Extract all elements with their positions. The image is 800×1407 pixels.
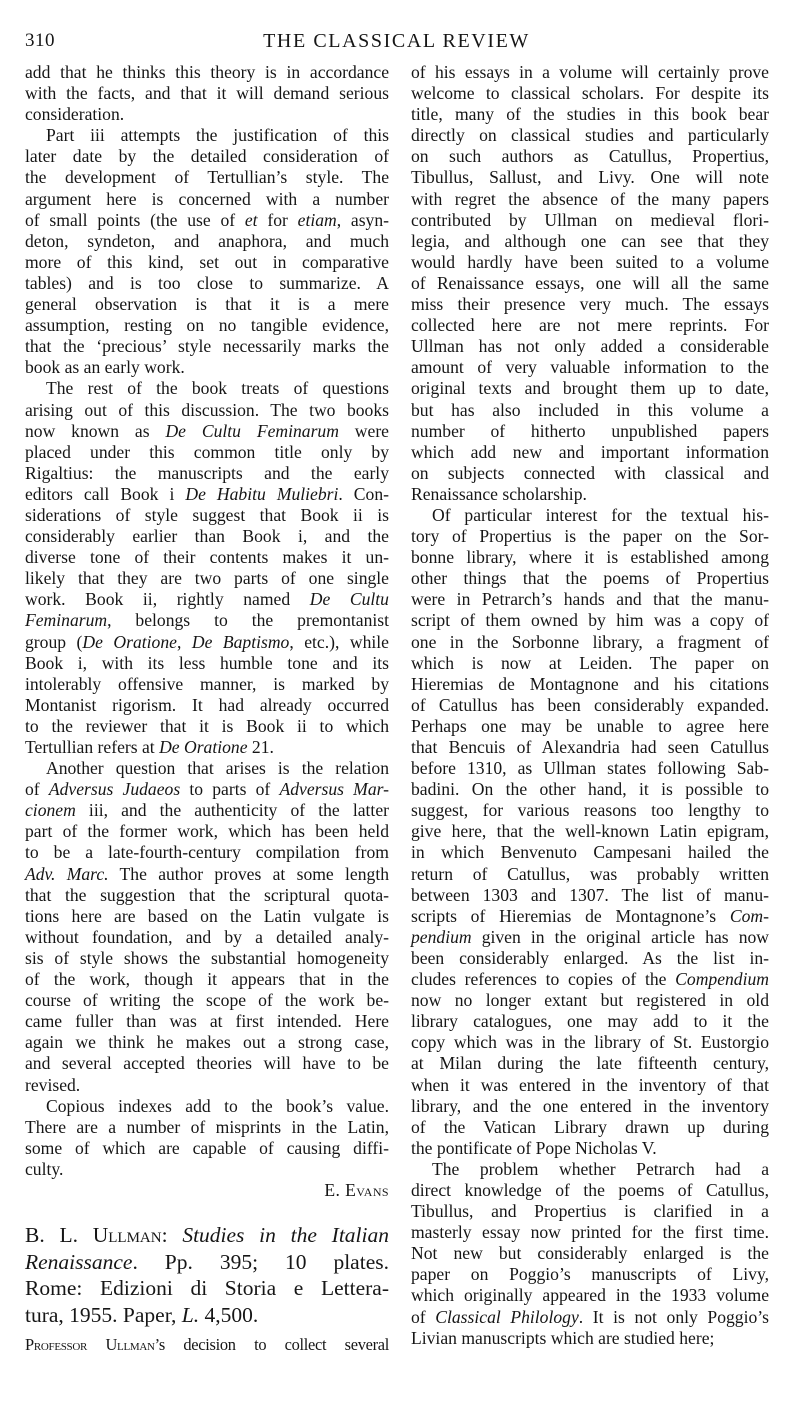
text-line: with the facts, and that it will demand … — [25, 83, 389, 104]
text-line: argument here is concerned with a number — [25, 189, 389, 210]
text-line-with-italics: of Adversus Judaeos to parts of Adversus… — [25, 779, 389, 800]
text-line: Not new but considerably enlarged is the — [411, 1243, 769, 1264]
text-line: deton, syndeton, and anaphora, and much — [25, 231, 389, 252]
text-line: been considerably enlarged. As the list … — [411, 948, 769, 969]
paragraph-start-line: The rest of the book treats of questions — [25, 378, 389, 399]
book-price: 4,500. — [205, 1303, 259, 1327]
book-title: Studies in the Italian — [182, 1223, 389, 1247]
text-line: arising out of this discussion. The two … — [25, 400, 389, 421]
text-line-with-italics: cionem iii, and the authenticity of the … — [25, 800, 389, 821]
text-line: book as an early work. — [25, 357, 389, 378]
text-line: title, many of the studies in this book … — [411, 104, 769, 125]
text-line-with-italics: Tertullian refers at De Oratione 21. — [25, 737, 389, 758]
text-line-with-italics: Feminarum, belongs to the premontanist — [25, 610, 389, 631]
text-line: welcome to classical scholars. For despi… — [411, 83, 769, 104]
text-line: between 1303 and 1307. The list of manu- — [411, 885, 769, 906]
text-line: other things that the poems of Propertiu… — [411, 568, 769, 589]
text-line: but has also included in this volume a — [411, 400, 769, 421]
right-column: of his essays in a volume will certainly… — [411, 62, 769, 1349]
text-line: of the work, though it appears that in t… — [25, 969, 389, 990]
text-line: again we think he makes out a strong cas… — [25, 1032, 389, 1053]
text-line-with-italics: work. Book ii, rightly named De Cultu — [25, 589, 389, 610]
book-title: Renaissance — [25, 1250, 132, 1274]
book-heading-line: B. L. Ullman: Studies in the Italian — [25, 1222, 389, 1249]
italic-title: De Baptismo — [192, 632, 289, 652]
italic-title: De Cultu — [310, 589, 389, 609]
text-line: amount of very valuable information to t… — [411, 357, 769, 378]
text-line: placed under this common title only by — [25, 442, 389, 463]
text-line: that the ‘precious’ style necessarily ma… — [25, 336, 389, 357]
text-line: legia, and although one can see that the… — [411, 231, 769, 252]
text-line: paper on Poggio’s manuscripts of Livy, — [411, 1264, 769, 1285]
text-line: direct knowledge of the poems of Catullu… — [411, 1180, 769, 1201]
text-line: which originally appeared in the 1933 vo… — [411, 1285, 769, 1306]
text-line: that Bencuis of Alexandria had seen Catu… — [411, 737, 769, 758]
italic-title: De Cultu Feminarum — [165, 421, 338, 441]
text-line-with-italics: scripts of Hieremias de Montagnone’s Com… — [411, 906, 769, 927]
text-line: tables) and is too close to summarize. A — [25, 273, 389, 294]
text-line: contributed by Ullman on medieval flori- — [411, 210, 769, 231]
text-line: of Catullus has been considerably expand… — [411, 695, 769, 716]
text-line: There are a number of misprints in the L… — [25, 1117, 389, 1138]
running-title: THE CLASSICAL REVIEW — [25, 30, 768, 53]
text-line: with regret the absence of the many pape… — [411, 189, 769, 210]
text-line: assumption, resting on no tangible evide… — [25, 315, 389, 336]
italic-title: Compendium — [675, 969, 769, 989]
text-line: on subjects connected with classical and — [411, 463, 769, 484]
currency: L. — [182, 1303, 199, 1327]
text-line: part of the former work, which has been … — [25, 821, 389, 842]
reviewer-signature: E. Evans — [25, 1180, 389, 1201]
text-line: directly on classical studies and partic… — [411, 125, 769, 146]
text-line: culty. — [25, 1159, 389, 1180]
text-line: siderations of style suggest that Book i… — [25, 505, 389, 526]
section-gap — [25, 1201, 389, 1222]
italic-title: Adv. Marc. — [25, 864, 109, 884]
text-line: would hardly have been suited to a volum… — [411, 252, 769, 273]
text-line: Montanist rigorism. It had already occur… — [25, 695, 389, 716]
text-line: sis of style shows the substantial homog… — [25, 948, 389, 969]
text-line: consideration. — [25, 104, 389, 125]
text-line: more of this kind, set out in comparativ… — [25, 252, 389, 273]
book-details: Pp. 395; 10 plates. — [165, 1250, 389, 1274]
text-line: Tibullus, Sallust, and Livy. One will no… — [411, 167, 769, 188]
text-line: of Renaissance essays, one will all the … — [411, 273, 769, 294]
text-line: bonne library, where it is established a… — [411, 547, 769, 568]
text-line: library, and the one entered in the inve… — [411, 1096, 769, 1117]
italic-title: De Habitu Muliebri — [185, 484, 338, 504]
text-line: revised. — [25, 1075, 389, 1096]
text-line: Book i, with its less humble tone and it… — [25, 653, 389, 674]
italic-title: Com- — [730, 906, 769, 926]
text-line: miss their presence very much. The essay… — [411, 294, 769, 315]
text-line: Rigaltius: the manuscripts and the early — [25, 463, 389, 484]
text-line: that the suggestion that the scriptural … — [25, 885, 389, 906]
text-line: suggest, for various reasons too lengthy… — [411, 800, 769, 821]
text-line: which add new and important information — [411, 442, 769, 463]
text-line: and several accepted theories will have … — [25, 1053, 389, 1074]
text-line: were in Petrarch’s hands and that the ma… — [411, 589, 769, 610]
italic-title: Classical Philology — [435, 1307, 579, 1327]
text-line: in which Benvenuto Campesani hailed the — [411, 842, 769, 863]
text-line: masterly essay now printed for the first… — [411, 1222, 769, 1243]
text-line: script of them owned by him was a copy o… — [411, 610, 769, 631]
text-line: Hieremias de Montagnone and his citation… — [411, 674, 769, 695]
text-line: badini. On the other hand, it is possibl… — [411, 779, 769, 800]
italic-title: Adversus Mar- — [279, 779, 389, 799]
text-line: add that he thinks this theory is in acc… — [25, 62, 389, 83]
text-line: of his essays in a volume will certainly… — [411, 62, 769, 83]
text-line: before 1310, as Ullman states following … — [411, 758, 769, 779]
text-line-with-italics: of small points (the use of et for etiam… — [25, 210, 389, 231]
text-line: the development of Tertullian’s style. T… — [25, 167, 389, 188]
italic-title: Feminarum — [25, 610, 107, 630]
italic-title: cionem — [25, 800, 76, 820]
text-line: general observation is that it is a mere — [25, 294, 389, 315]
italic-term: etiam — [298, 210, 337, 230]
running-header: 310 THE CLASSICAL REVIEW — [25, 30, 768, 60]
text-line: now no longer extant but registered in o… — [411, 990, 769, 1011]
italic-title: De Oratione — [159, 737, 247, 757]
text-line: Renaissance scholarship. — [411, 484, 769, 505]
paragraph-start-line: Part iii attempts the justification of t… — [25, 125, 389, 146]
text-line-with-italics: editors call Book i De Habitu Muliebri. … — [25, 484, 389, 505]
text-line: later date by the detailed consideration… — [25, 146, 389, 167]
italic-title: De Oratione — [82, 632, 177, 652]
text-line: Tibullus, and Propertius is clarified in… — [411, 1201, 769, 1222]
text-line: likely that they are two parts of one si… — [25, 568, 389, 589]
text-line: on such authors as Catullus, Propertius, — [411, 146, 769, 167]
text-line: library catalogues, one may add to it th… — [411, 1011, 769, 1032]
paragraph-start-line: Another question that arises is the rela… — [25, 758, 389, 779]
text-line: to be a late-fourth-century compilation … — [25, 842, 389, 863]
text-line: the pontificate of Pope Nicholas V. — [411, 1138, 769, 1159]
text-line: intolerably offensive manner, is marked … — [25, 674, 389, 695]
text-line: at Milan during the late fifteenth centu… — [411, 1053, 769, 1074]
text-line: number of hitherto unpublished papers — [411, 421, 769, 442]
paragraph-start-line: The problem whether Petrarch had a — [411, 1159, 769, 1180]
text-line: some of which are capable of causing dif… — [25, 1138, 389, 1159]
reviewer-subject-smallcaps: Professor Ullman — [25, 1335, 155, 1354]
book-heading-line: Renaissance. Pp. 395; 10 plates. — [25, 1249, 389, 1276]
book-heading-line: tura, 1955. Paper, L. 4,500. — [25, 1302, 389, 1329]
left-column: add that he thinks this theory is in acc… — [25, 62, 389, 1355]
text-line: diverse tone of their contents makes it … — [25, 547, 389, 568]
text-line-with-italics: cludes references to copies of the Compe… — [411, 969, 769, 990]
text-line: copy which was in the library of St. Eus… — [411, 1032, 769, 1053]
text-line: which is now at Leiden. The paper on — [411, 653, 769, 674]
text-line: course of writing the scope of the work … — [25, 990, 389, 1011]
italic-title: pendium — [411, 927, 472, 947]
text-line: when it was entered in the inventory of … — [411, 1075, 769, 1096]
text-line: of the Vatican Library drawn up during — [411, 1117, 769, 1138]
text-line: original texts and brought them up to da… — [411, 378, 769, 399]
text-line-with-italics: pendium given in the original article ha… — [411, 927, 769, 948]
italic-title: Adversus Judaeos — [49, 779, 180, 799]
text-line-with-italics: of Classical Philology. It is not only P… — [411, 1307, 769, 1328]
text-line: Livian manuscripts which are studied her… — [411, 1328, 769, 1349]
text-line: return of Catullus, was probably written — [411, 864, 769, 885]
text-line: tions here are based on the Latin vulgat… — [25, 906, 389, 927]
text-line: one in the Sorbonne library, a fragment … — [411, 632, 769, 653]
text-line: collected here are not mere reprints. Fo… — [411, 315, 769, 336]
book-author: B. L. Ullman — [25, 1223, 162, 1247]
review-opening-line: Professor Ullman’s decision to collect s… — [25, 1334, 389, 1355]
italic-term: et — [245, 210, 258, 230]
text-line: Perhaps one may be unable to agree here — [411, 716, 769, 737]
paragraph-start-line: Copious indexes add to the book’s value. — [25, 1096, 389, 1117]
text-line-with-italics: Adv. Marc. The author proves at some len… — [25, 864, 389, 885]
text-line-with-italics: now known as De Cultu Feminarum were — [25, 421, 389, 442]
text-line: tory of Propertius is the paper on the S… — [411, 526, 769, 547]
text-line: considerably earlier than Book i, and th… — [25, 526, 389, 547]
text-line: came fuller than was at first intended. … — [25, 1011, 389, 1032]
text-line: to the reviewer that it is Book ii to wh… — [25, 716, 389, 737]
text-line: give here, that the well-known Latin epi… — [411, 821, 769, 842]
text-line: without foundation, and by a detailed an… — [25, 927, 389, 948]
book-publisher: Rome: Edizioni di Storia e Lettera- — [25, 1275, 389, 1302]
text-line-with-italics: group (De Oratione, De Baptismo, etc.), … — [25, 632, 389, 653]
text-line: Ullman has not only added a considerable — [411, 336, 769, 357]
paragraph-start-line: Of particular interest for the textual h… — [411, 505, 769, 526]
